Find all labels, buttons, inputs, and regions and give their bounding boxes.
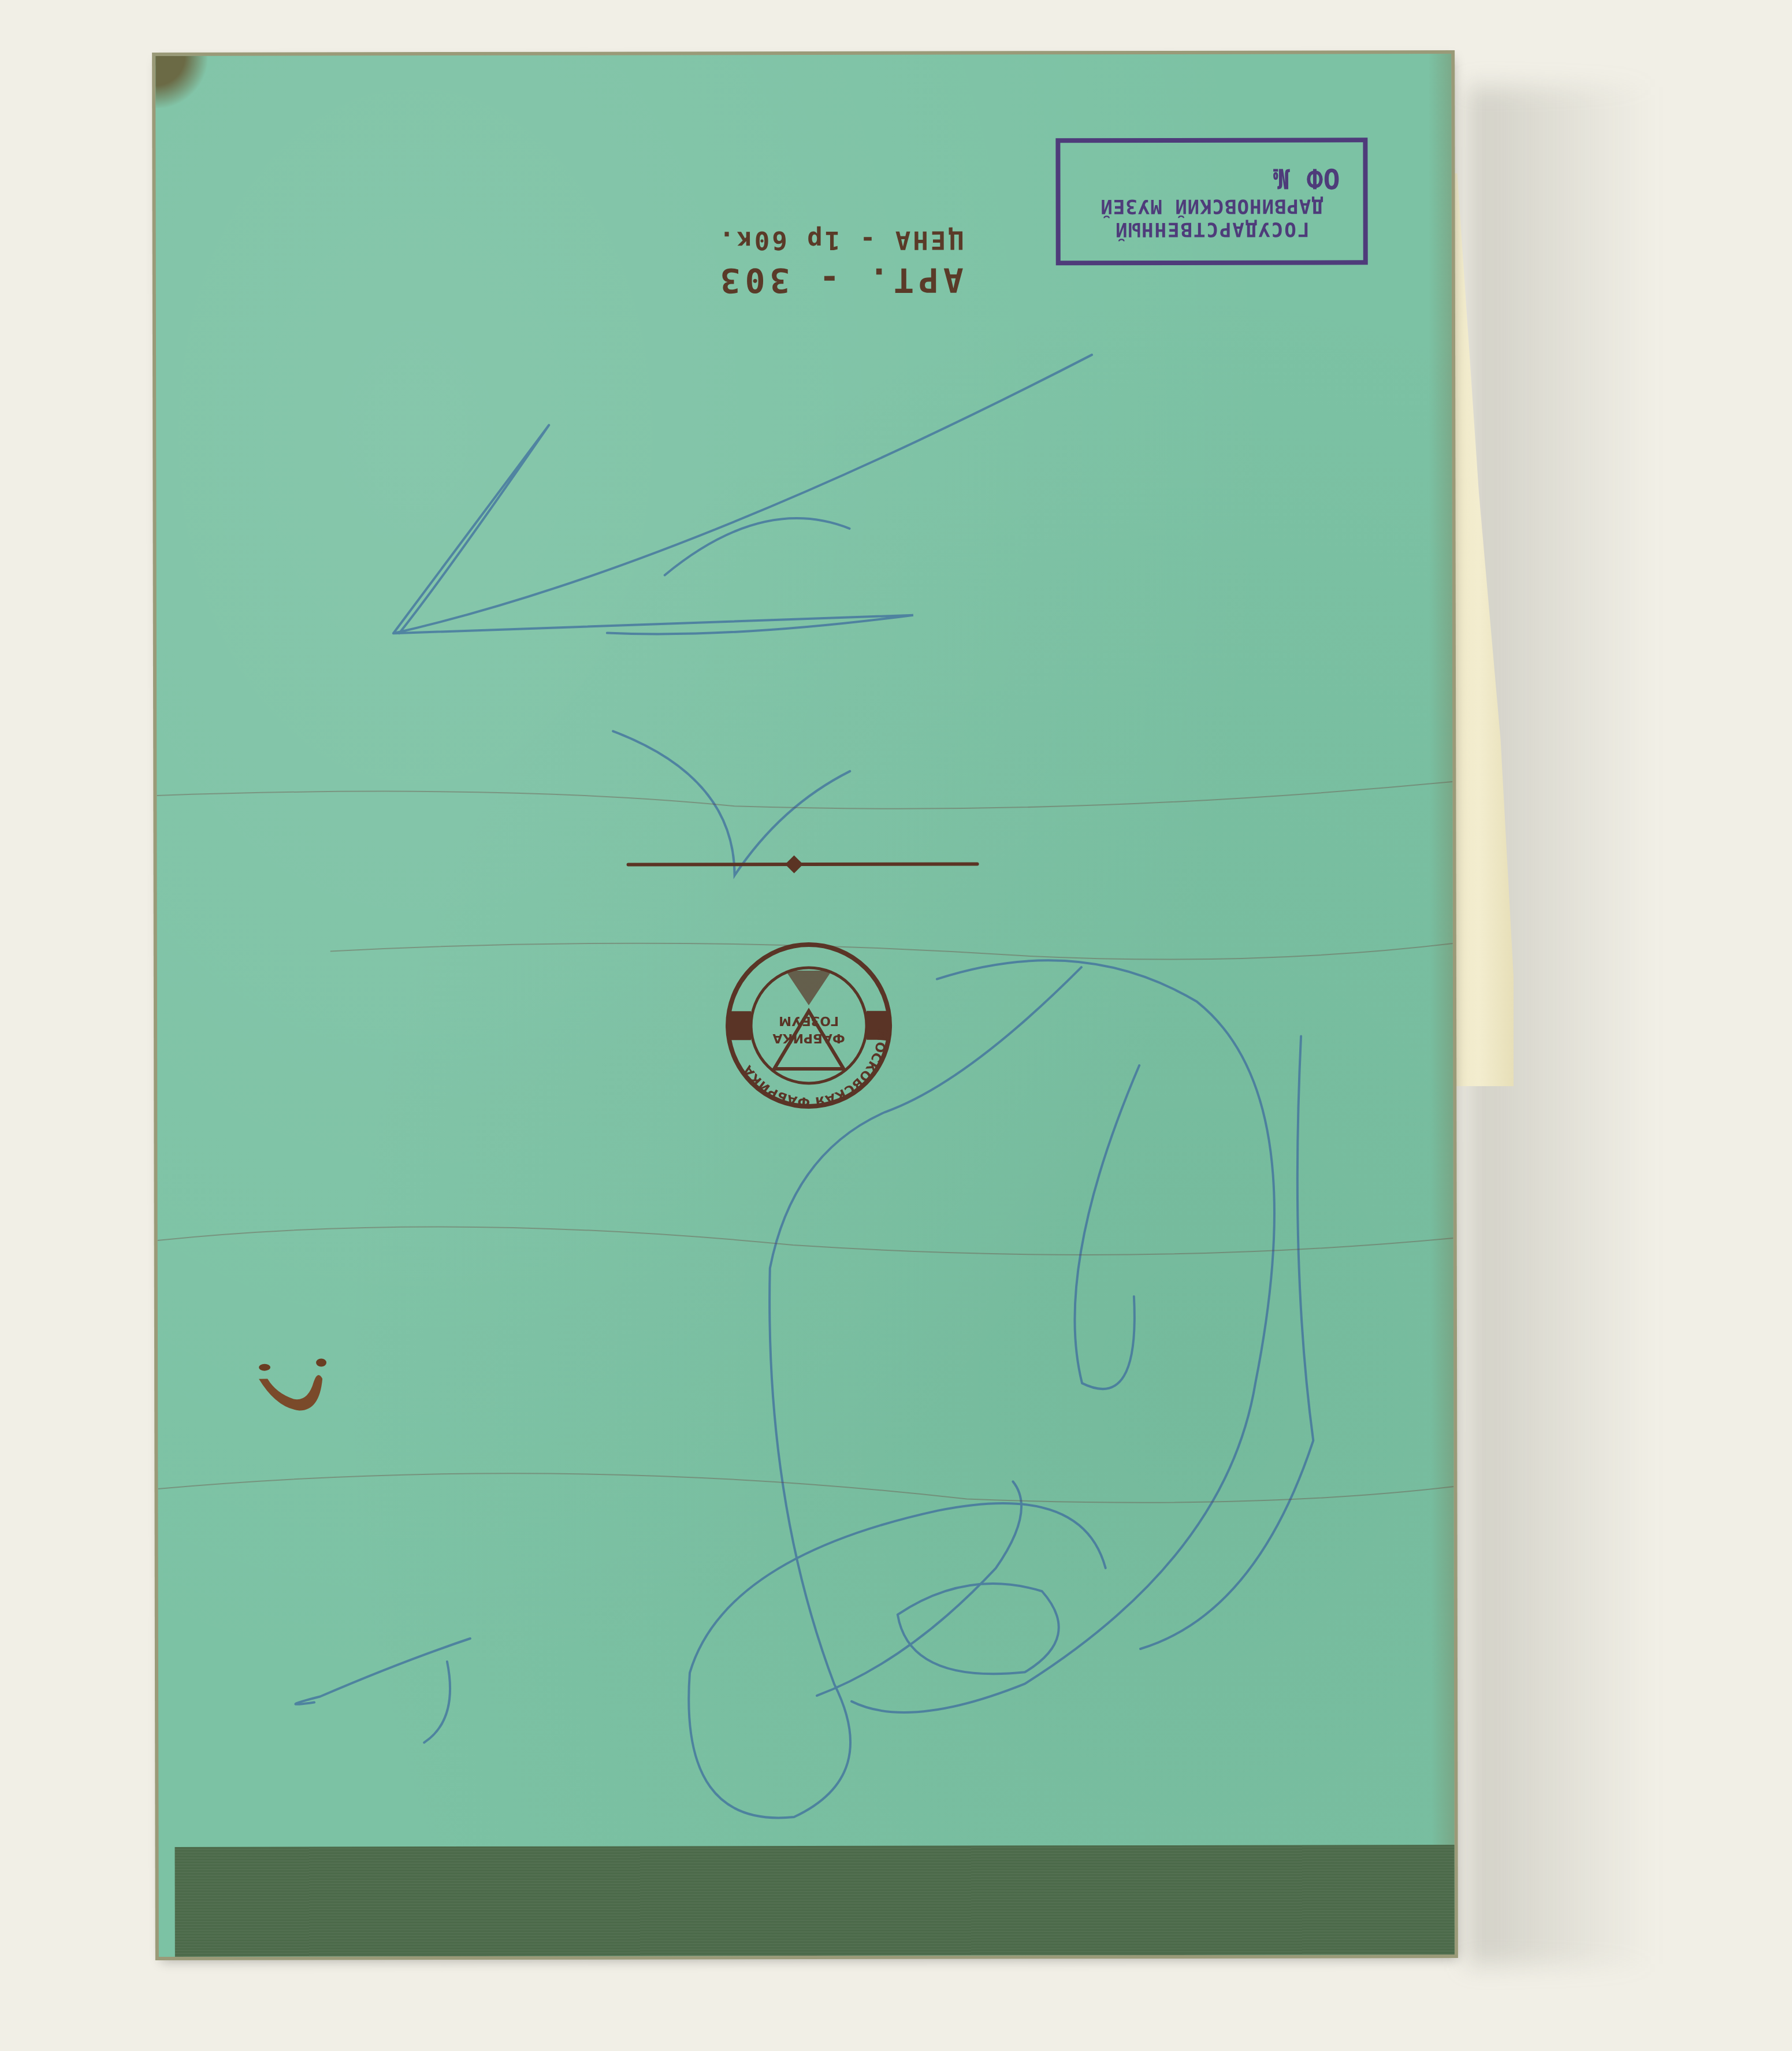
museum-stamp-line3: ОФ №: [1060, 162, 1363, 195]
article-number: АРТ. - 303: [686, 261, 964, 300]
divider-diamond-ornament: [785, 855, 803, 873]
worn-corner: [155, 56, 207, 108]
rust-stain: [253, 1355, 334, 1419]
museum-stamp-line1: ГОСУДАРСТВЕННЫЙ: [1061, 217, 1363, 241]
cloth-spine-band: [175, 1845, 1455, 1957]
museum-inventory-stamp: ГОСУДАРСТВЕННЫЙ ДАРВИНОВСКИЙ МУЗЕЙ ОФ №: [1055, 138, 1367, 265]
factory-logo-stamp: МОСКОВСКАЯ ФАБРИКА ФАБРИКА ГОЗБУМ: [716, 936, 902, 1121]
price-text: ЦЕНА - 1р 60к.: [686, 225, 964, 255]
factory-stamp-inner-line1: ФАБРИКА: [772, 1031, 845, 1045]
worn-edge: [1428, 54, 1455, 1955]
museum-stamp-line2: ДАРВИНОВСКИЙ МУЗЕЙ: [1061, 194, 1363, 218]
notebook-back-cover: ГОСУДАРСТВЕННЫЙ ДАРВИНОВСКИЙ МУЗЕЙ ОФ № …: [155, 54, 1455, 1957]
factory-stamp-inner-line2: ГОЗБУМ: [779, 1013, 839, 1028]
printed-article-price: АРТ. - 303 ЦЕНА - 1р 60к.: [686, 225, 964, 300]
